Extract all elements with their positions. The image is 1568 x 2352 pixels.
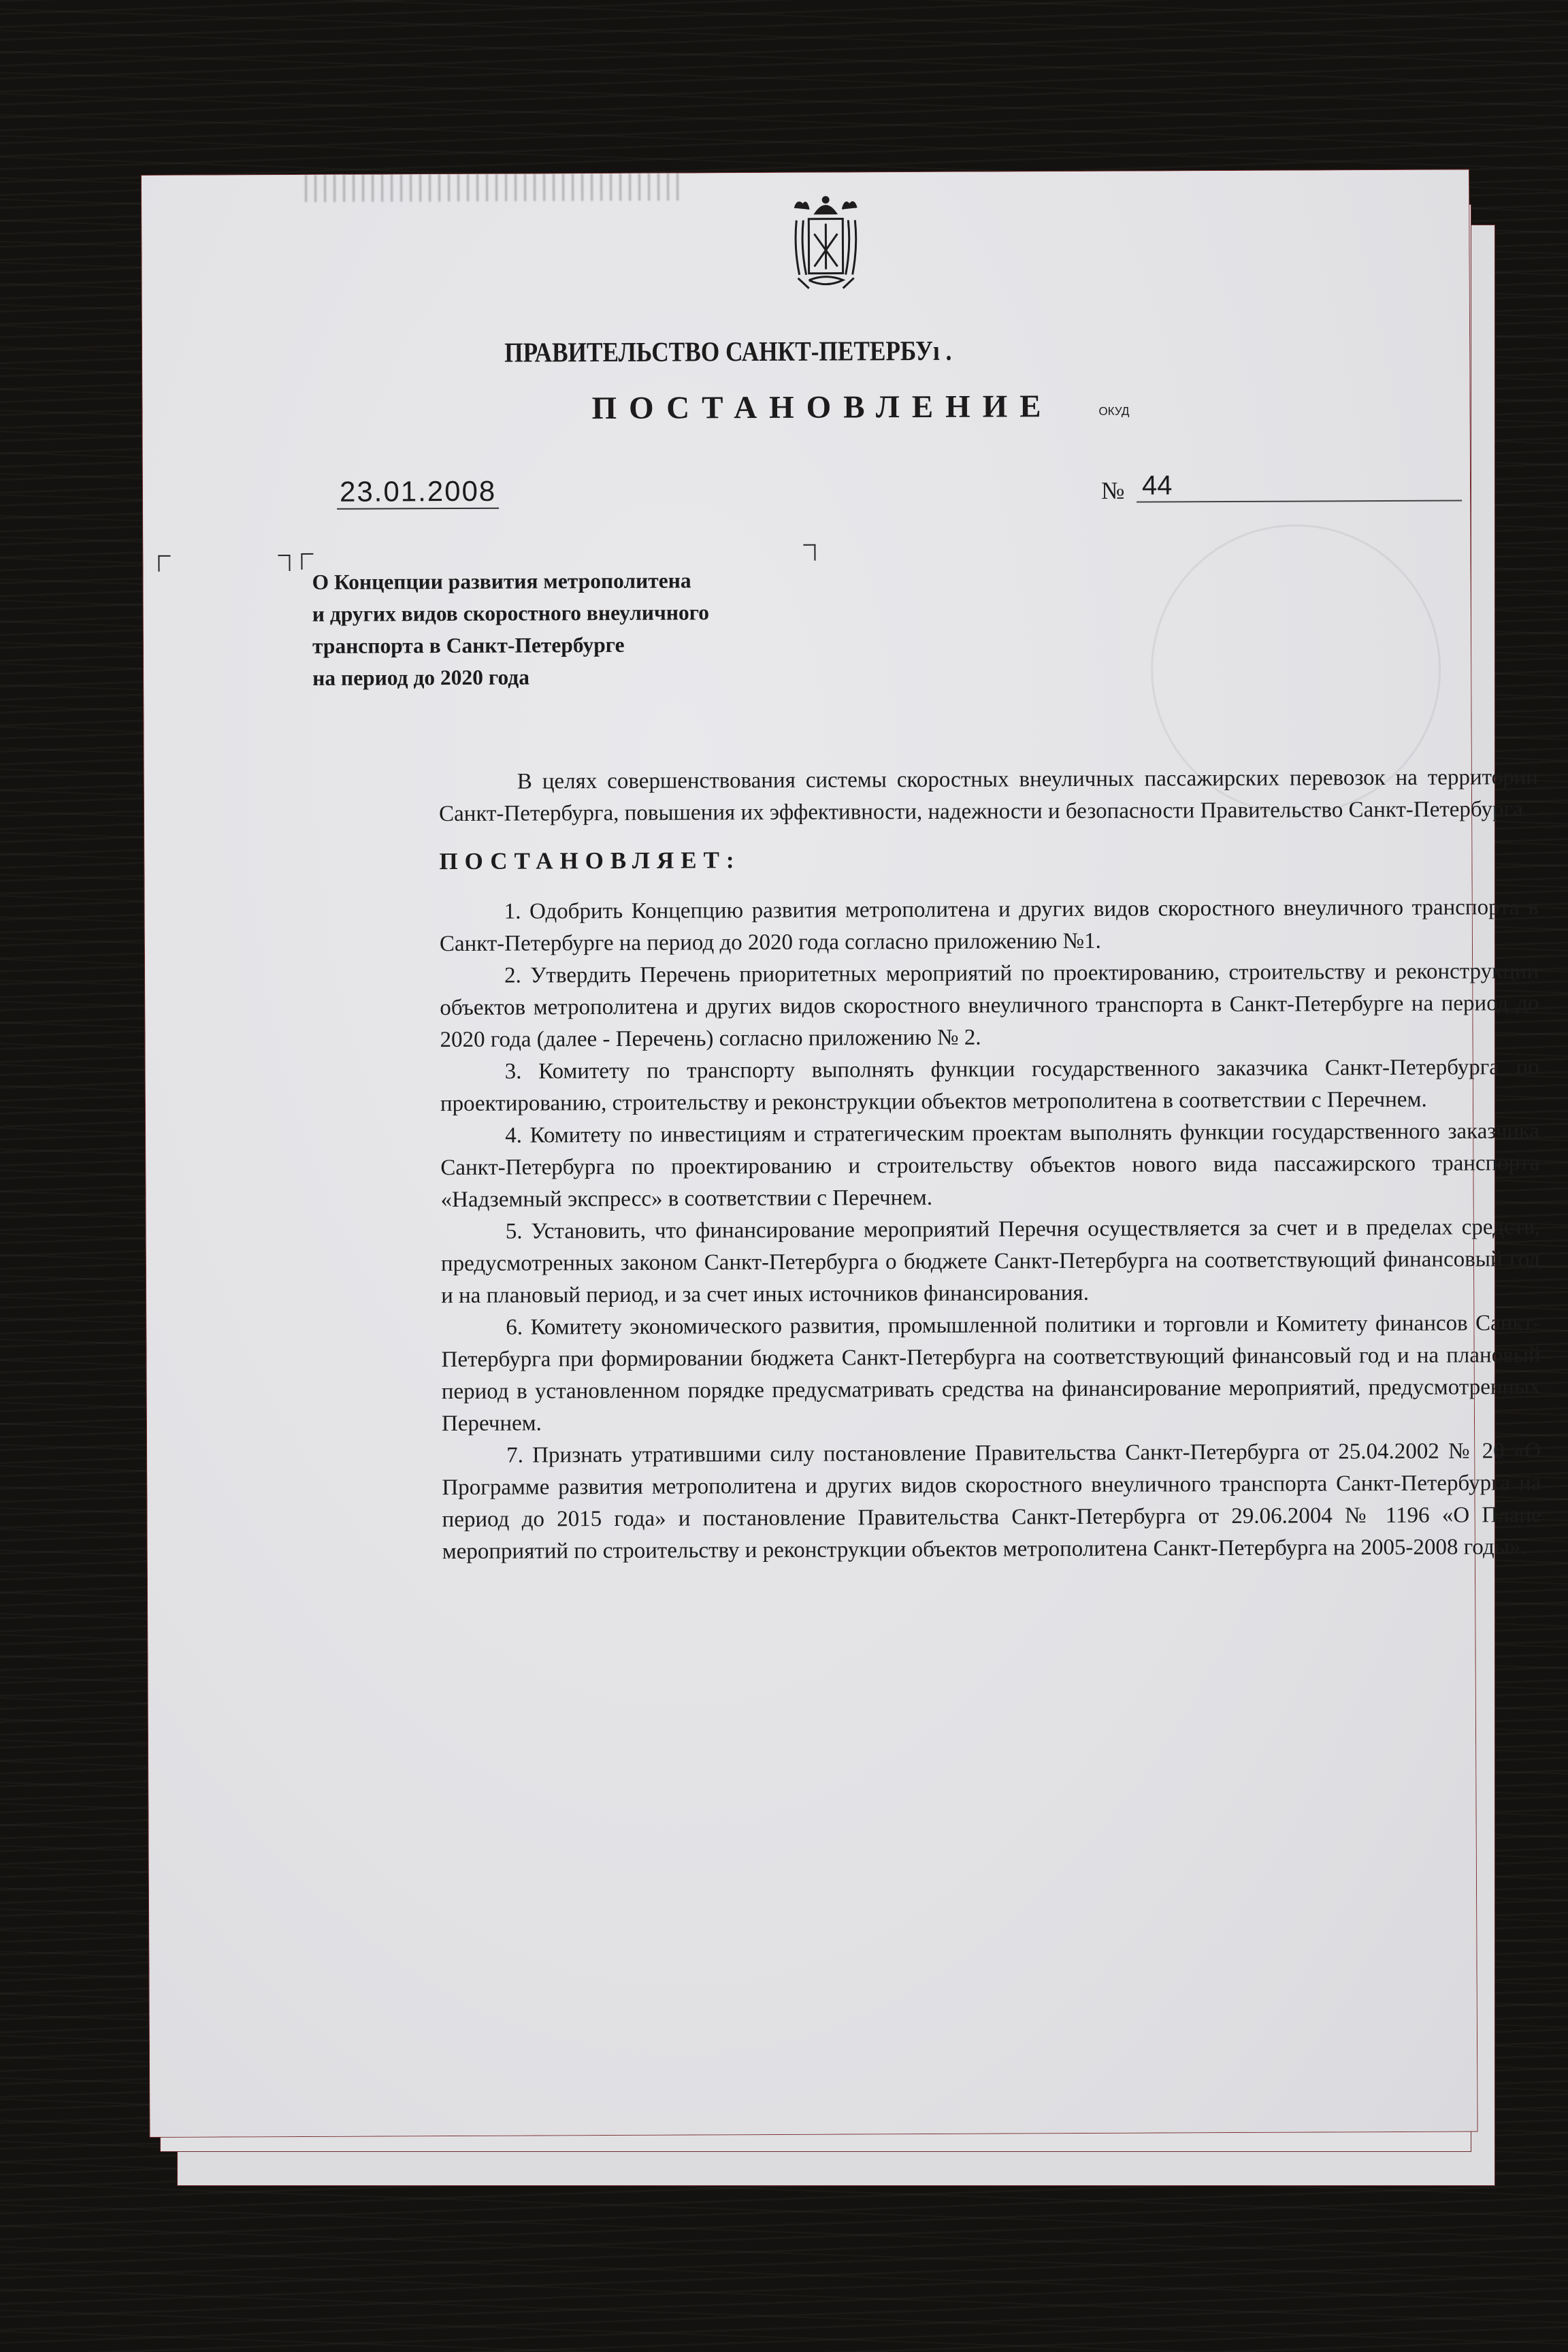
resolves-heading: ПОСТАНОВЛЯЕТ: [439,840,1538,877]
document-type: ПОСТАНОВЛЕНИЕ [591,388,1053,427]
title-line: О Концепции развития метрополитена [312,564,709,598]
okud-label: ОКУД [1098,405,1129,419]
title-line: на период до 2020 года [312,660,709,694]
title-line: и других видов скоростного внеуличного [312,596,709,630]
title-line: транспорта в Санкт-Петербурге [312,628,709,662]
decree-number: 44 [1137,470,1462,503]
corner-mark [158,555,170,572]
decree-date: 23.01.2008 [337,475,499,510]
decree-body: В целях совершенствования системы скорос… [439,762,1541,1568]
coat-of-arms-icon [788,193,864,295]
decree-item-5: 5. Установить, что финансирование меропр… [441,1211,1541,1312]
decree-item-4: 4. Комитету по инвестициям и стратегичес… [440,1115,1540,1216]
corner-mark [803,544,815,561]
decree-item-1: 1. Одобрить Концепцию развития метрополи… [440,892,1539,960]
decree-page: ПРАВИТЕЛЬСТВО САНКТ-ПЕТЕРБУı . ПОСТАНОВЛ… [142,169,1477,2136]
corner-mark [278,555,290,571]
decree-item-6: 6. Комитету экономического развития, про… [441,1307,1541,1440]
print-artifact [305,174,686,202]
number-label: № [1101,476,1125,505]
decree-item-2: 2. Утвердить Перечень приоритетных мероп… [440,955,1539,1056]
decree-title: О Концепции развития метрополитена и дру… [312,564,710,694]
decree-item-3: 3. Комитету по транспорту выполнять функ… [440,1051,1539,1120]
issuing-authority: ПРАВИТЕЛЬСТВО САНКТ-ПЕТЕРБУı . [504,334,951,369]
decree-item-7: 7. Признать утратившими силу постановлен… [442,1435,1541,1568]
preamble: В целях совершенствования системы скорос… [439,762,1538,830]
